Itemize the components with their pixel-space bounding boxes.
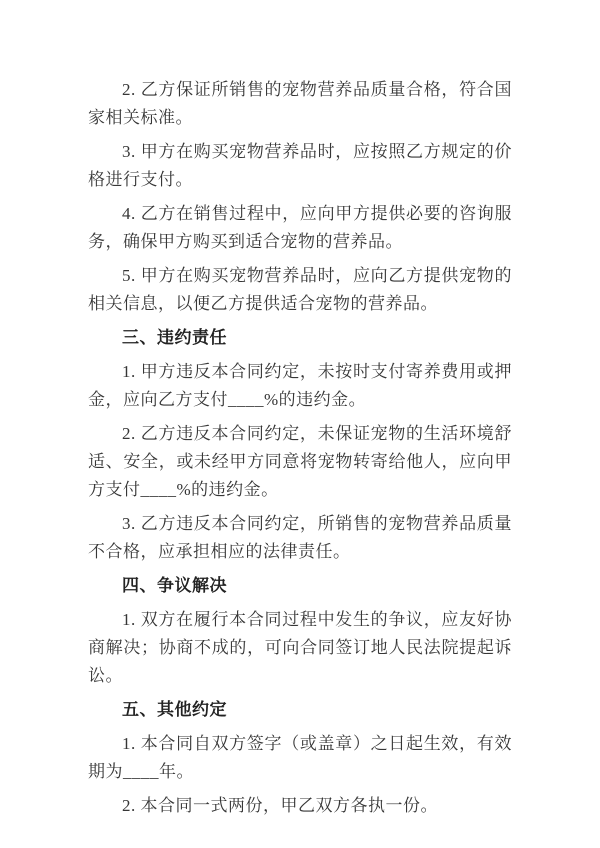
contract-clause: 2. 本合同一式两份，甲乙双方各执一份。 (88, 792, 512, 820)
contract-clause: 1. 本合同自双方签字（或盖章）之日起生效，有效期为____年。 (88, 730, 512, 786)
contract-clause: 3. 乙方违反本合同约定，所销售的宠物营养品质量不合格，应承担相应的法律责任。 (88, 510, 512, 566)
contract-clause: 5. 甲方在购买宠物营养品时，应向乙方提供宠物的相关信息，以便乙方提供适合宠物的… (88, 262, 512, 318)
contract-document-page: 2. 乙方保证所销售的宠物营养品质量合格，符合国家相关标准。 3. 甲方在购买宠… (0, 0, 600, 848)
contract-clause: 2. 乙方违反本合同约定，未保证宠物的生活环境舒适、安全，或未经甲方同意将宠物转… (88, 420, 512, 504)
document-content: 2. 乙方保证所销售的宠物营养品质量合格，符合国家相关标准。 3. 甲方在购买宠… (88, 76, 512, 826)
section-heading-other-provisions: 五、其他约定 (88, 696, 512, 724)
contract-clause: 1. 双方在履行本合同过程中发生的争议，应友好协商解决；协商不成的，可向合同签订… (88, 606, 512, 690)
contract-clause: 2. 乙方保证所销售的宠物营养品质量合格，符合国家相关标准。 (88, 76, 512, 132)
contract-clause: 4. 乙方在销售过程中，应向甲方提供必要的咨询服务，确保甲方购买到适合宠物的营养… (88, 200, 512, 256)
section-heading-dispute-resolution: 四、争议解决 (88, 572, 512, 600)
contract-clause: 3. 甲方在购买宠物营养品时，应按照乙方规定的价格进行支付。 (88, 138, 512, 194)
contract-clause: 1. 甲方违反本合同约定，未按时支付寄养费用或押金，应向乙方支付____%的违约… (88, 358, 512, 414)
section-heading-breach-liability: 三、违约责任 (88, 324, 512, 352)
